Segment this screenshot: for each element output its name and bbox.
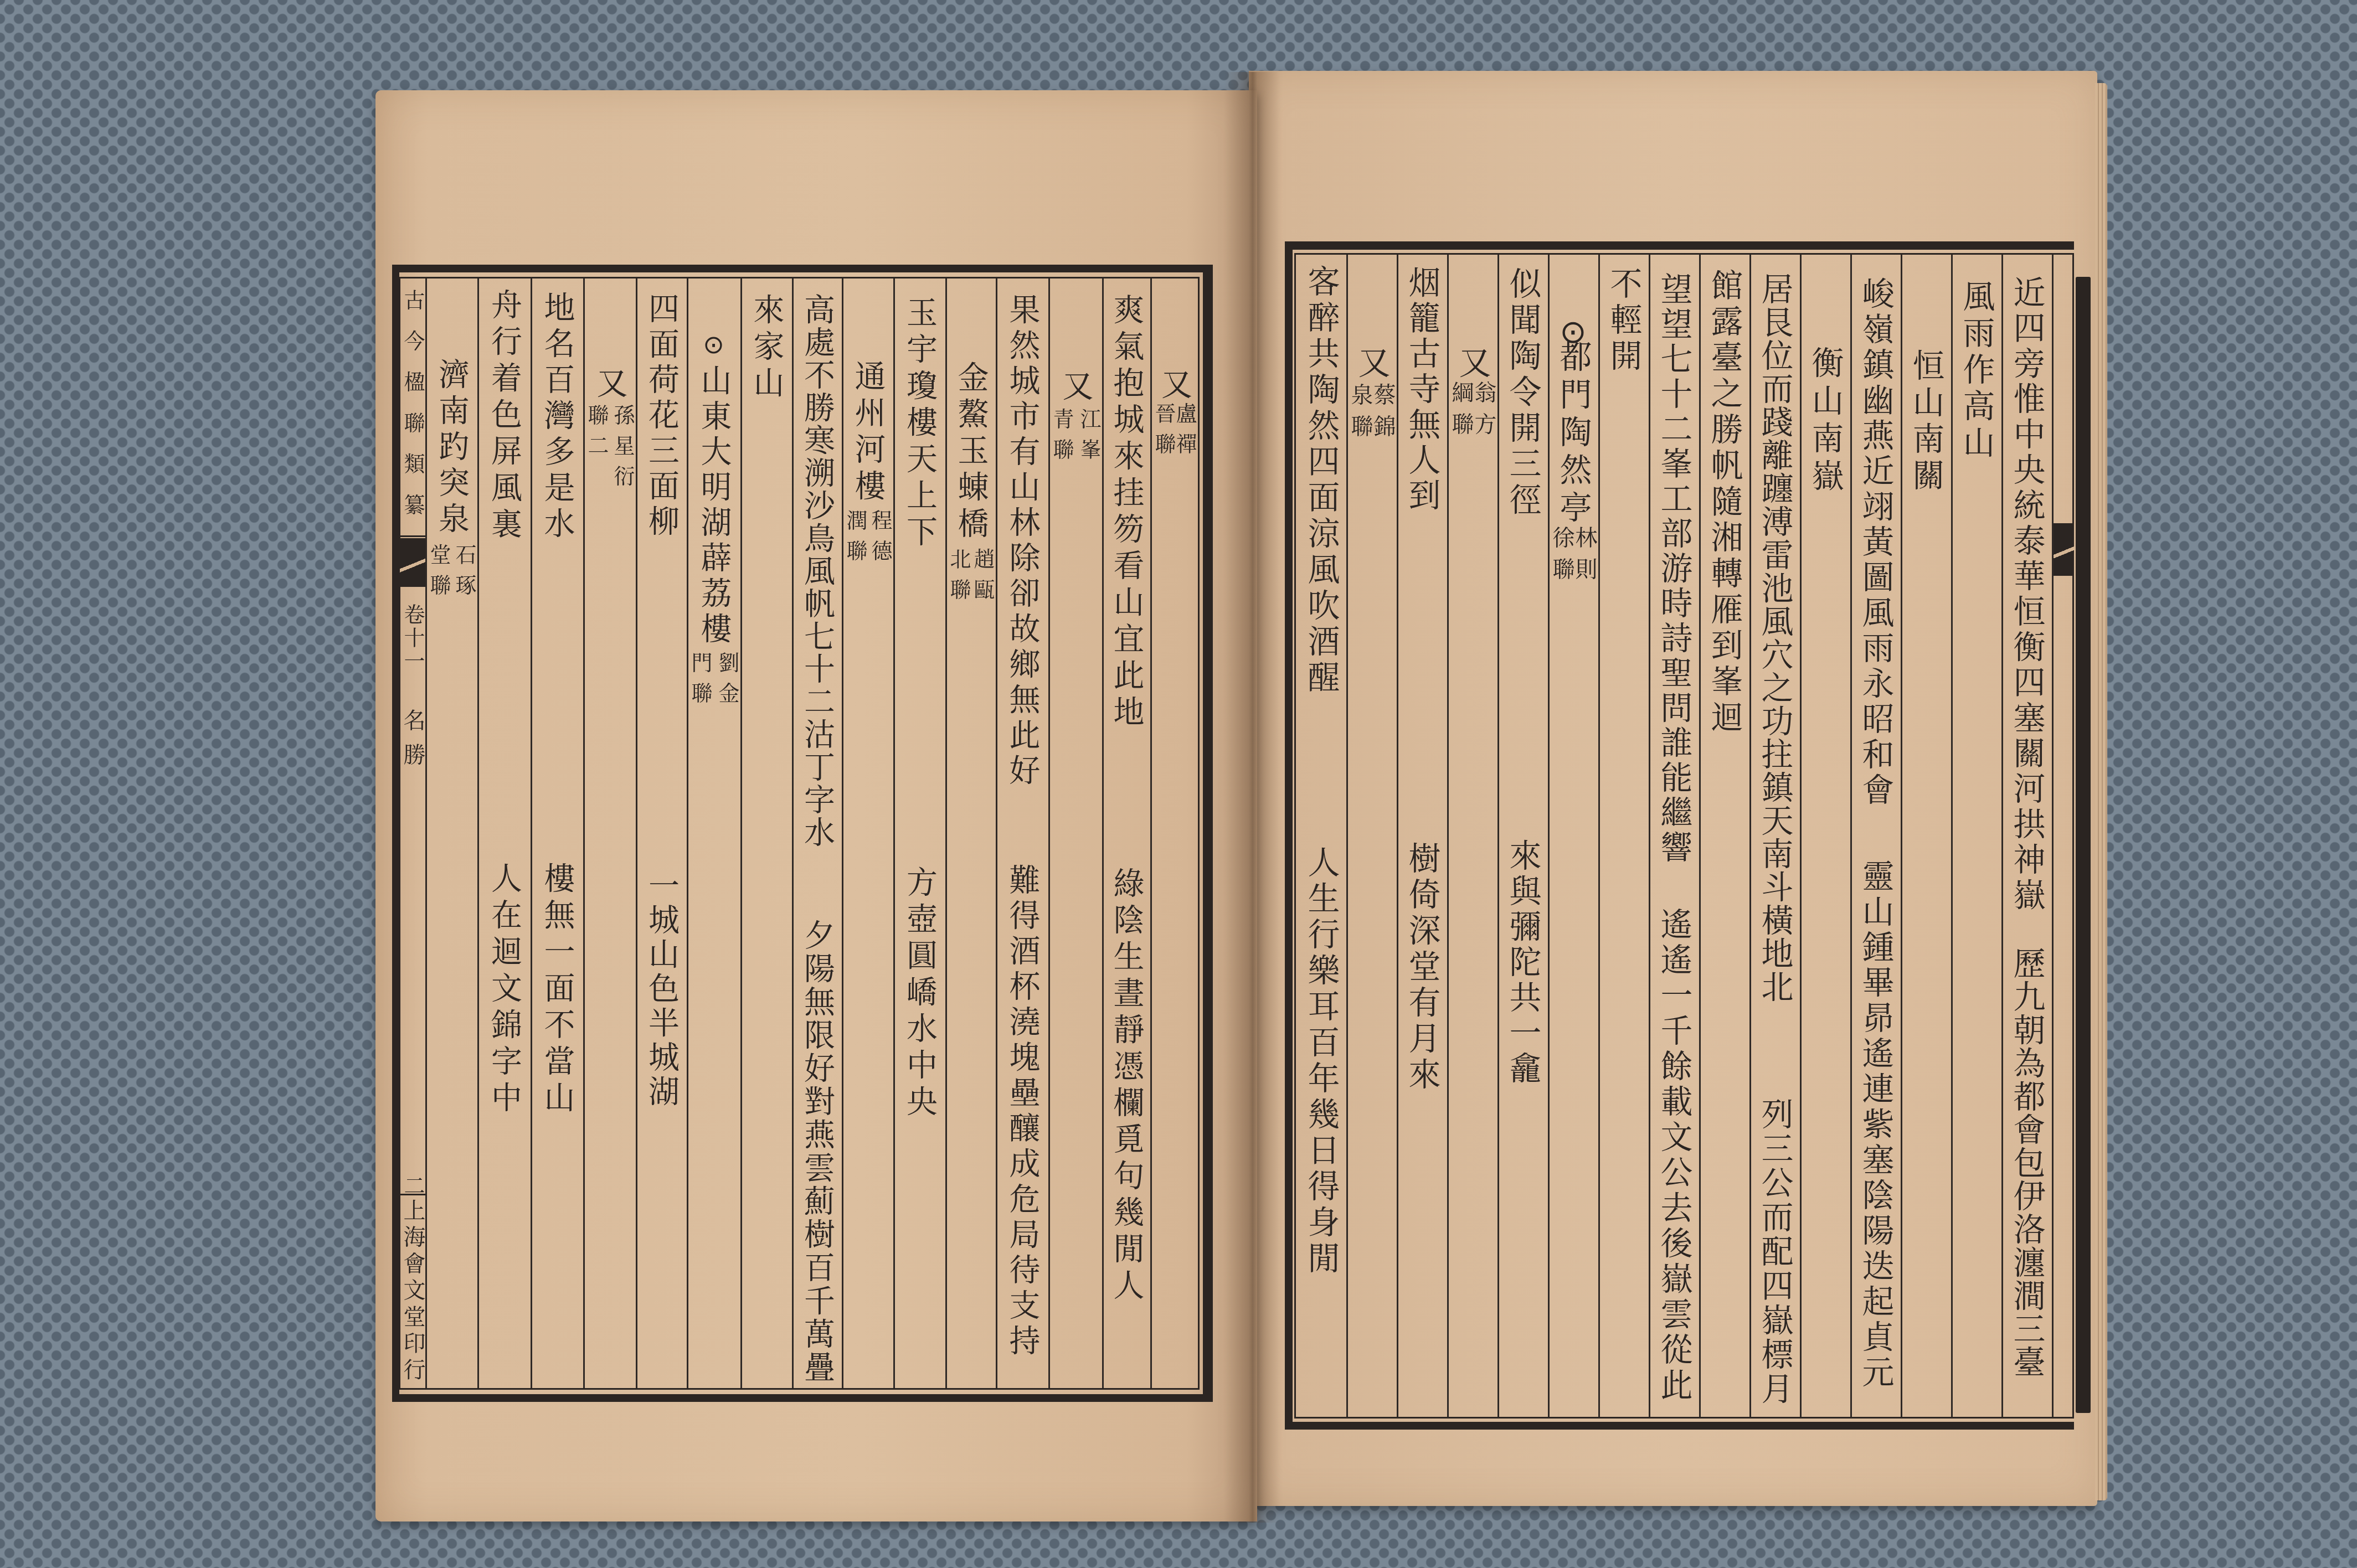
- author-note: 石琢 堂聯: [425, 544, 477, 721]
- column: 峻嶺鎮幽燕近翊黃圖風雨永昭和會 靈山鍾畢昴遙連紫塞陰陽迭起貞元: [1850, 256, 1901, 1416]
- fold-edge-band: [2076, 277, 2091, 1413]
- banxin-margin-strip: 古今楹聯類纂 卷十一 名勝 二 上海會文堂印行: [400, 278, 425, 1388]
- couplet-lower-line: 列三公而配四嶽標月: [1759, 1097, 1791, 1406]
- couplet-continuation: 不輕開: [1608, 267, 1640, 375]
- entry-title: 又: [1457, 346, 1489, 378]
- couplet-lower-line: 來與彌陀共一龕: [1507, 839, 1539, 1087]
- column: 金鰲玉蝀橋 趙甌 北聯: [945, 280, 996, 1388]
- column: 來家山: [740, 280, 792, 1388]
- entry-title: 又: [594, 367, 625, 398]
- author-note: 林則 徐聯: [1548, 526, 1598, 703]
- couplet-lower-line: 遙遙一千餘載文公去後嶽雲從此: [1658, 907, 1690, 1404]
- fishtail-ornament-icon: [400, 538, 425, 587]
- author-note-line: 北聯: [948, 548, 969, 609]
- column: 又 翁方 綱聯: [1447, 256, 1497, 1416]
- fishtail-ornament-icon: [2053, 523, 2074, 576]
- couplet-lower-line: 樹倚深堂有月來: [1406, 842, 1438, 1094]
- couplet-upper-line: 望望七十二峯工部游時詩聖問誰能繼響: [1658, 272, 1690, 865]
- author-note-line: 堂聯: [428, 544, 449, 605]
- column: ⊙ 都門陶然亭 林則 徐聯: [1548, 256, 1598, 1416]
- page-number: 二: [402, 1175, 423, 1196]
- couplet-lower-line: 難得酒杯澆塊壘釀成危局待支持: [1007, 864, 1038, 1360]
- author-note-line: 翁方: [1473, 381, 1495, 444]
- couplet-upper-line: 高處不勝寒溯沙鳥風帆七十二沽丁字水: [801, 293, 832, 849]
- background-cloth: 古今楹聯類纂 卷十一 名勝 二 上海會文堂印行 又 盧禪 晉聯 爽氣抱城來挂笏看…: [0, 0, 2357, 1568]
- couplet-lower-line: 靈山鍾畢昴遙連紫塞陰陽迭起貞元: [1860, 859, 1892, 1391]
- column: 又 蔡錦 泉聯: [1346, 256, 1397, 1416]
- author-note-line: 林則: [1573, 526, 1596, 589]
- author-note: 趙甌 北聯: [945, 548, 996, 725]
- column: ⊙ 山東大明湖薜荔樓 劉金 門聯: [687, 280, 740, 1388]
- column: 館露臺之勝帆隨湘轉雁到峯迴: [1699, 256, 1749, 1416]
- author-note-line: 青聯: [1051, 408, 1072, 469]
- column: 地名百灣多是水 樓無一面不當山: [531, 280, 583, 1388]
- author-note: 孫星衍 聯二: [583, 404, 636, 581]
- couplet-lower-line: 綠陰生晝靜憑欄覓句幾閒人: [1111, 867, 1142, 1306]
- column: 居艮位而踐離躔溥雷池風穴之功拄鎮天南斗橫地北 列三公而配四嶽標月: [1749, 256, 1800, 1416]
- entry-title: 通州河樓: [852, 360, 883, 506]
- column: 濟南趵突泉 石琢 堂聯: [425, 280, 477, 1388]
- couplet-upper-line: 烟籠古寺無人到: [1406, 266, 1438, 514]
- entry-title: 衡山南嶽: [1809, 346, 1841, 497]
- author-note-line: 江峯: [1078, 408, 1099, 469]
- author-note-line: 聯二: [586, 404, 607, 465]
- author-note-line: 泉聯: [1349, 383, 1371, 446]
- couplet-upper-line: 峻嶺鎮幽燕近翊黃圖風雨永昭和會: [1860, 277, 1892, 808]
- volume-label: 卷十一: [402, 604, 423, 673]
- author-note-line: 孫星衍: [612, 404, 633, 496]
- entry-title: 都門陶然亭: [1557, 340, 1589, 528]
- entry-title: 又: [1060, 370, 1091, 401]
- author-note-line: 盧禪: [1174, 403, 1195, 463]
- couplet-lower-line: 方壺圓嶠水中央: [904, 866, 935, 1122]
- couplet-upper-line: 爽氣抱城來挂笏看山宜此地: [1111, 293, 1142, 732]
- author-note-line: 趙甌: [972, 548, 993, 609]
- couplet-lower-line: 歷九朝為都會包伊洛瀍澗三臺: [2011, 947, 2043, 1379]
- couplet-upper-line: 客醉共陶然四面涼風吹酒醒: [1305, 265, 1337, 697]
- column: 恒山南關: [1901, 256, 1951, 1416]
- column: 近四旁惟中央統泰華恒衡四塞關河拱神嶽 歷九朝為都會包伊洛瀍澗三臺: [2001, 256, 2052, 1416]
- author-note-line: 徐聯: [1551, 526, 1573, 589]
- entry-title: 濟南趵突泉: [436, 358, 467, 538]
- couplet-upper-line: 舟行着色屏風裏: [488, 288, 519, 544]
- couplet-upper-line: 近四旁惟中央統泰華恒衡四塞關河拱神嶽: [2011, 276, 2043, 914]
- publisher-imprint: 上海會文堂印行: [402, 1199, 424, 1385]
- author-note: 江峯 青聯: [1048, 408, 1102, 585]
- author-note-line: 門聯: [689, 652, 711, 713]
- author-note: 劉金 門聯: [687, 652, 740, 829]
- imprint-divider: [400, 1194, 425, 1195]
- column: 又 孫星衍 聯二: [583, 280, 636, 1388]
- column: 四面荷花三面柳 一城山色半城湖: [636, 280, 687, 1388]
- author-note-line: 晉聯: [1153, 403, 1174, 463]
- column: 衡山南嶽: [1800, 256, 1850, 1416]
- column-rule: [2052, 255, 2054, 1417]
- column: 高處不勝寒溯沙鳥風帆七十二沽丁字水 夕陽無限好對燕雲薊樹百千萬疊: [792, 280, 842, 1388]
- title-divider: [400, 535, 425, 537]
- column: 望望七十二峯工部游時詩聖問誰能繼響 遙遙一千餘載文公去後嶽雲從此: [1649, 256, 1699, 1416]
- couplet-lower-line: 一城山色半城湖: [646, 869, 677, 1110]
- couplet-lower-line: 人生行樂耳百年幾日得身閒: [1305, 845, 1337, 1277]
- page-stack-edges: [2095, 83, 2107, 1500]
- column: 似聞陶令開三徑 來與彌陀共一龕: [1497, 256, 1548, 1416]
- couplet-upper-line: 地名百灣多是水: [542, 291, 573, 543]
- column: 爽氣抱城來挂笏看山宜此地 綠陰生晝靜憑欄覓句幾閒人: [1102, 280, 1150, 1388]
- author-note: 翁方 綱聯: [1447, 381, 1497, 558]
- entry-title: 金鰲玉蝀橋: [955, 361, 986, 544]
- author-note-line: 石琢: [454, 544, 475, 605]
- author-note-line: 程德: [869, 509, 891, 570]
- entry-title: 又: [1356, 346, 1388, 378]
- couplet-continuation: 館露臺之勝帆隨湘轉雁到峯迴: [1708, 269, 1741, 736]
- column: 客醉共陶然四面涼風吹酒醒 人生行樂耳百年幾日得身閒: [1296, 256, 1346, 1416]
- category-label: 名勝: [402, 709, 424, 777]
- entry-title: 又: [1159, 368, 1190, 399]
- author-note-line: 蔡錦: [1372, 383, 1394, 446]
- couplet-lower-line: 夕陽無限好對燕雲薊樹百千萬疊: [801, 919, 832, 1384]
- column: 通州河樓 程德 潤聯: [842, 280, 893, 1388]
- column: 又 江峯 青聯: [1048, 280, 1102, 1388]
- column: 又 盧禪 晉聯: [1150, 280, 1198, 1388]
- author-note: 程德 潤聯: [842, 509, 893, 687]
- author-note: 盧禪 晉聯: [1150, 403, 1198, 580]
- couplet-lower-line: 樓無一面不當山: [542, 862, 573, 1118]
- couplet-upper-line: 果然城市有山林除卻故鄉無此好: [1007, 293, 1038, 790]
- author-note-line: 潤聯: [845, 509, 866, 570]
- couplet-upper-line: 似聞陶令開三徑: [1507, 267, 1539, 519]
- author-note-line: 綱聯: [1450, 381, 1472, 444]
- gutter-shadow: [1224, 72, 1279, 1523]
- couplet-continuation: 來家山: [751, 293, 782, 403]
- author-note: 蔡錦 泉聯: [1346, 383, 1397, 560]
- section-marker-icon: ⊙: [701, 329, 727, 359]
- couplet-lower-line: 人在迴文錦字中: [488, 862, 519, 1118]
- couplet-continuation: 風雨作高山: [1960, 280, 1993, 462]
- column: 舟行着色屏風裏 人在迴文錦字中: [477, 280, 531, 1388]
- entry-title: 山東大明湖薜荔樓: [698, 364, 729, 648]
- column: 玉宇瓊樓天上下 方壺圓嶠水中央: [893, 280, 945, 1388]
- author-note-line: 劉金: [717, 652, 738, 713]
- column: 風雨作高山: [1951, 256, 2001, 1416]
- column: 果然城市有山林除卻故鄉無此好 難得酒杯澆塊壘釀成危局待支持: [996, 280, 1048, 1388]
- column: 烟籠古寺無人到 樹倚深堂有月來: [1397, 256, 1447, 1416]
- book-title: 古今楹聯類纂: [402, 289, 423, 535]
- couplet-upper-line: 居艮位而踐離躔溥雷池風穴之功拄鎮天南斗橫地北: [1759, 272, 1791, 1003]
- column: 不輕開: [1598, 256, 1649, 1416]
- couplet-upper-line: 玉宇瓊樓天上下: [904, 296, 935, 552]
- entry-title: 恒山南關: [1910, 349, 1942, 495]
- couplet-upper-line: 四面荷花三面柳: [646, 292, 677, 540]
